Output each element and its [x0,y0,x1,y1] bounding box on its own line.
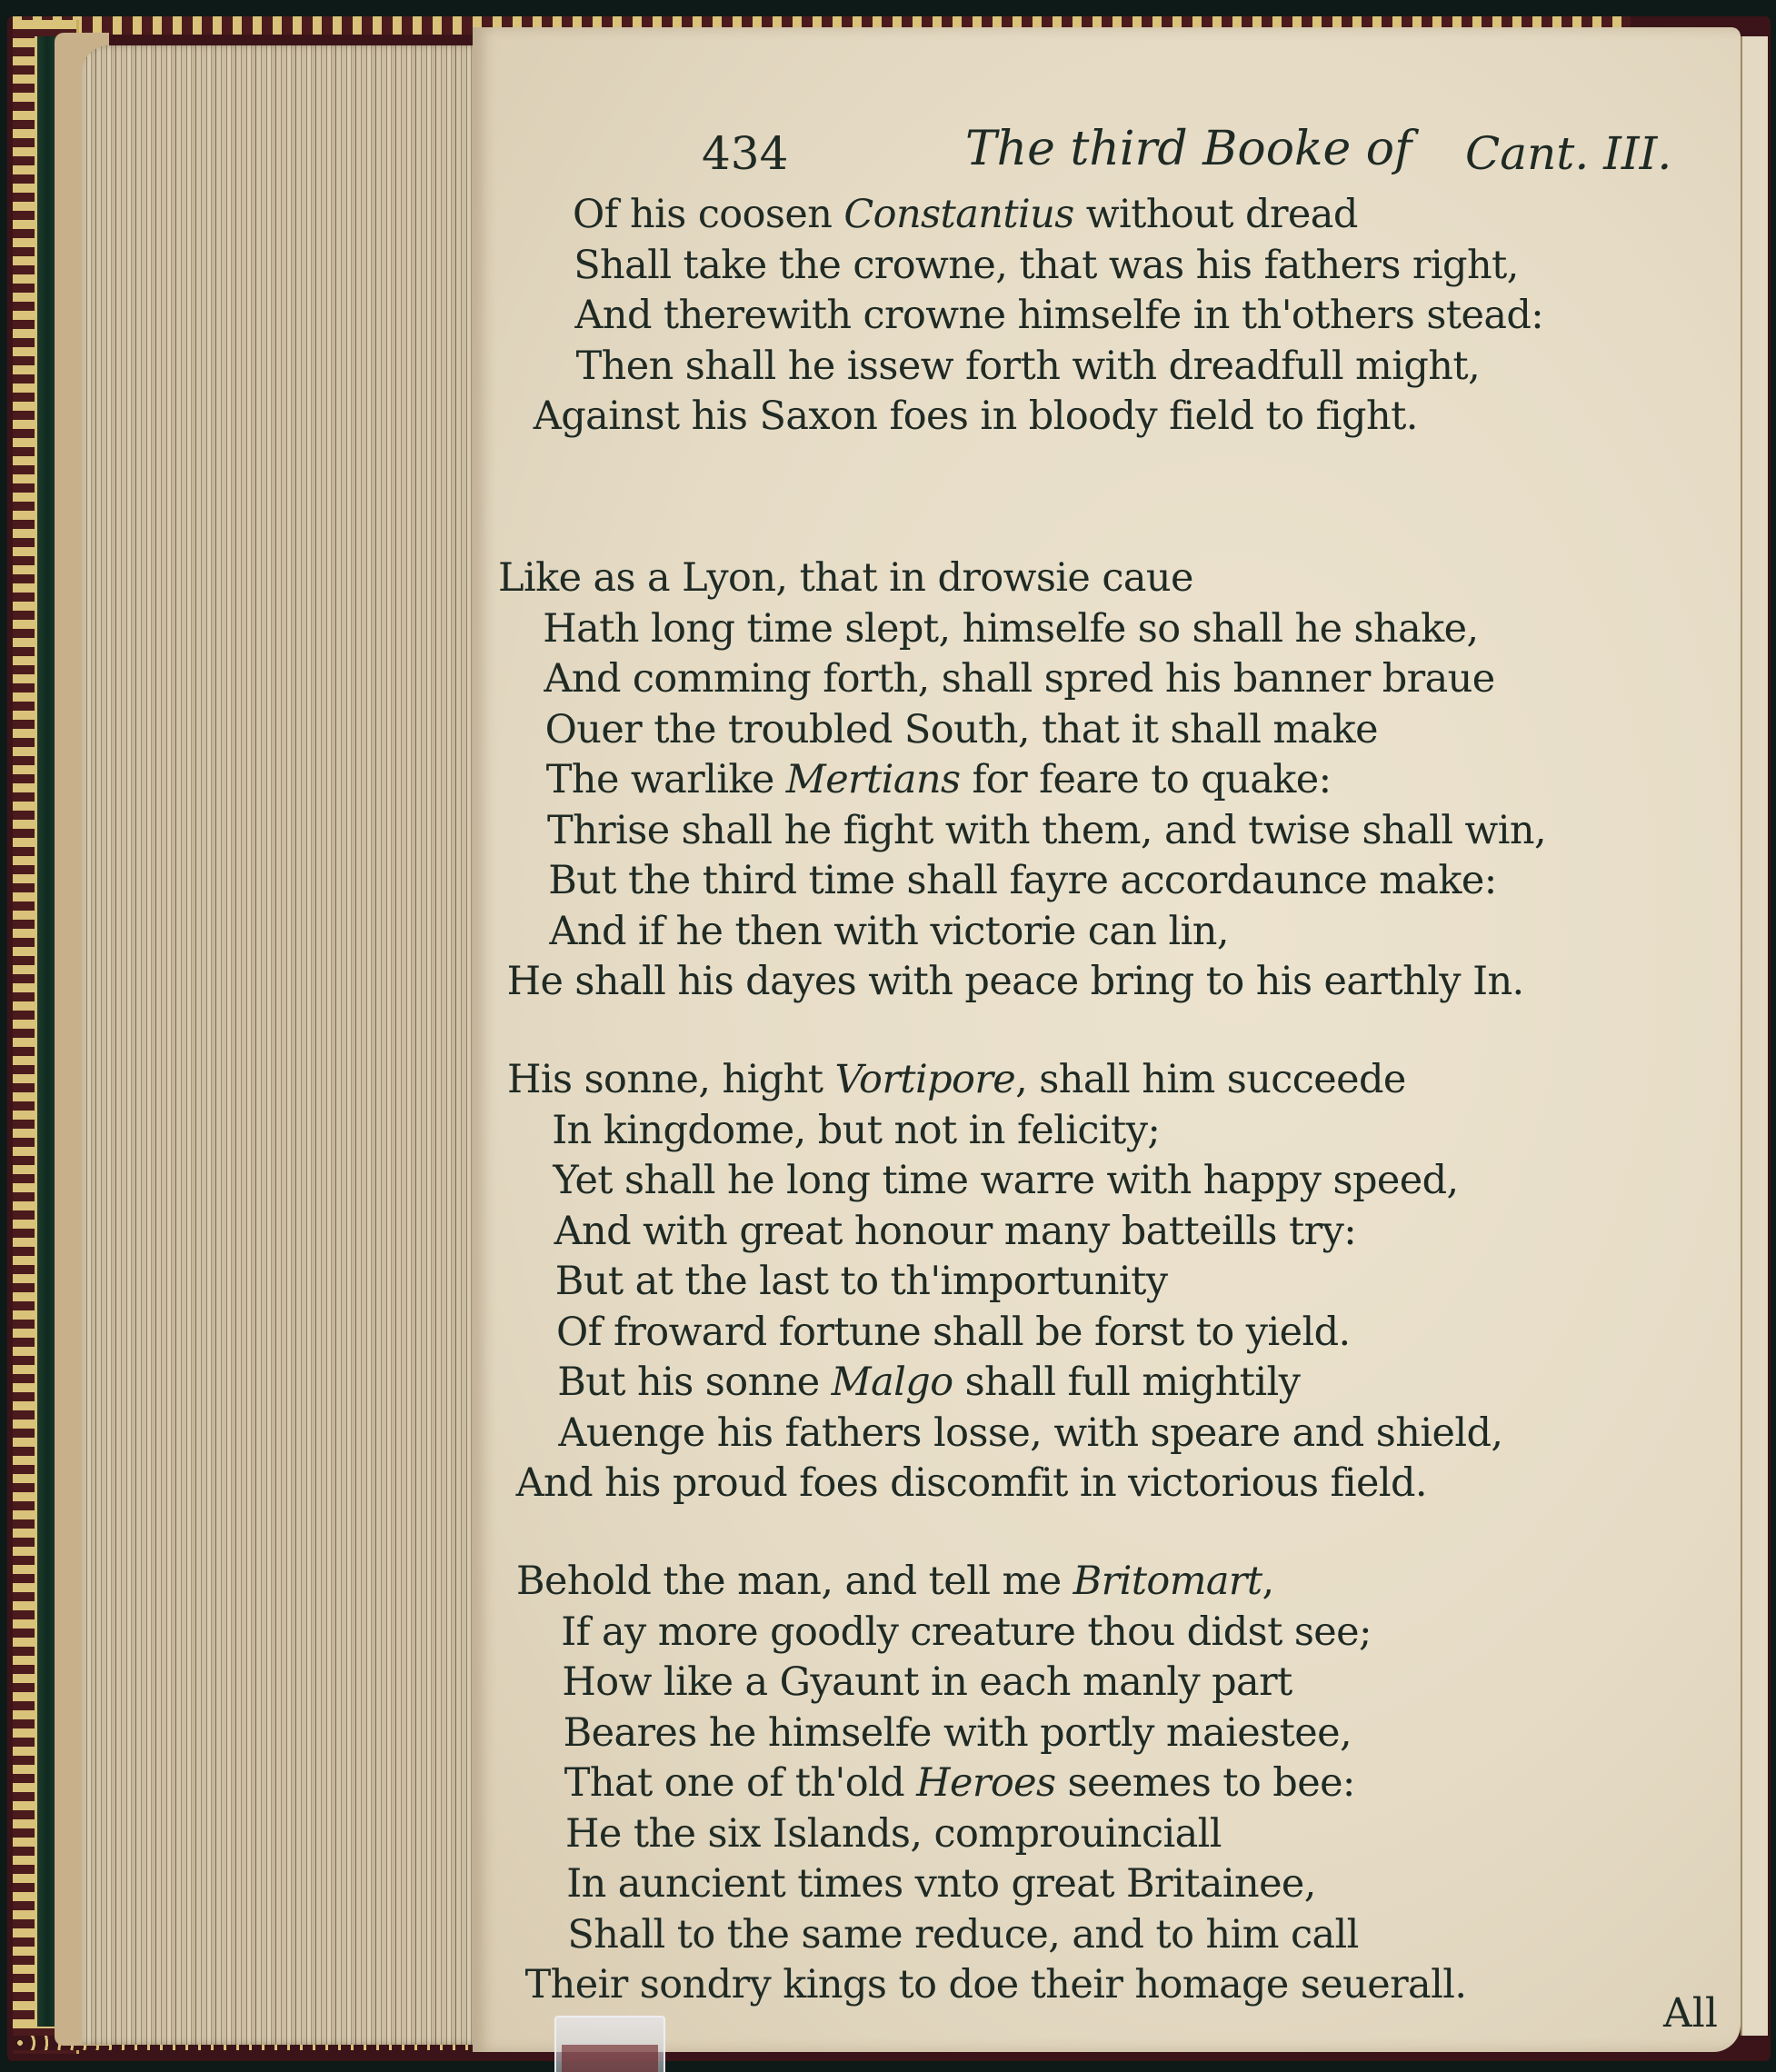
italic-name: Vortipore [835,1057,1016,1102]
verse-text: Hath long time slept, himselfe so shall … [543,606,1478,652]
verse-text: Of his coosen [573,192,843,237]
italic-name: Constantius [843,192,1073,237]
verse-text: Auenge his fathers losse, with speare an… [558,1410,1502,1456]
verse-text: Shall to the same reduce, and to him cal… [567,1912,1358,1957]
verse-text: Behold the man, and tell me [516,1559,1073,1604]
verse-text: without dread [1074,192,1358,237]
verse-line: Shall to the same reduce, and to him cal… [567,1909,1358,1960]
page-text: 434 The third Booke of Cant. III. Of his… [473,27,1741,2052]
verse-line: And his proud foes discomfit in victorio… [516,1458,1427,1509]
verse-text: Of froward fortune shall be forst to yie… [556,1310,1351,1355]
verse-text: But his sonne [557,1360,831,1405]
verse-line: And therewith crowne himselfe in th'othe… [574,290,1543,341]
verse-text: And therewith crowne himselfe in th'othe… [574,293,1543,338]
verse-text: And comming forth, shall spred his banne… [544,656,1494,702]
running-header: 434 The third Booke of Cant. III. [702,122,1720,185]
verse-text: Beares he himselfe with portly maiestee, [564,1710,1352,1756]
italic-name: Malgo [832,1360,953,1405]
catchword: All [1663,1990,1718,2037]
verse-text: He the six Islands, comprouinciall [565,1811,1222,1857]
verse-text: Their sondry kings to doe their homage s… [525,1962,1467,2007]
verse-text: Yet shall he long time warre with happy … [553,1158,1458,1203]
verse-line: Auenge his fathers losse, with speare an… [558,1408,1502,1459]
verse-text: He shall his dayes with peace bring to h… [507,959,1524,1004]
italic-name: Mertians [786,757,961,802]
verse-text: And if he then with victorie can lin, [549,909,1229,954]
verse-line: Thrise shall he fight with them, and twi… [547,805,1546,856]
adjacent-leaf-edge [1741,36,1768,2036]
verse-line: And comming forth, shall spred his banne… [544,653,1494,704]
verse-text: , [1262,1559,1274,1604]
running-title: The third Booke of [965,122,1412,176]
italic-name: Heroes [916,1760,1055,1806]
printed-page: 434 The third Booke of Cant. III. Of his… [473,27,1741,2052]
verse-text: , shall him succeede [1015,1057,1406,1102]
verse-line: Of his coosen Constantius without dread [573,189,1358,240]
verse-text: How like a Gyaunt in each manly part [562,1659,1292,1705]
verse-text: In auncient times vnto great Britainee, [566,1861,1316,1907]
verse-line: But the third time shall fayre accordaun… [548,855,1496,906]
verse-text: His sonne, hight [507,1057,835,1102]
verse-text: Against his Saxon foes in bloody field t… [534,393,1418,439]
verse-line: His sonne, hight Vortipore, shall him su… [507,1054,1406,1105]
verse-text: If ay more goodly creature thou didst se… [561,1609,1372,1655]
verse-line: Beares he himselfe with portly maiestee, [564,1708,1352,1758]
verse-text: But the third time shall fayre accordaun… [548,858,1496,903]
verse-line: He shall his dayes with peace bring to h… [507,956,1524,1007]
verse-text: Then shall he issew forth with dreadfull… [576,344,1481,389]
verse-text: seemes to bee: [1055,1760,1354,1806]
page-edge-stack [82,45,482,2045]
page-number: 434 [702,127,788,180]
verse-line: How like a Gyaunt in each manly part [562,1657,1292,1708]
verse-line: Their sondry kings to doe their homage s… [525,1959,1467,2010]
verse-line: Shall take the crowne, that was his fath… [574,240,1519,291]
verse-line: Against his Saxon foes in bloody field t… [534,391,1418,442]
verse-text: Ouer the troubled South, that it shall m… [545,707,1378,752]
verse-text: And with great honour many batteills try… [554,1209,1357,1254]
verse-text: Shall take the crowne, that was his fath… [574,243,1519,288]
verse-line: If ay more goodly creature thou didst se… [561,1607,1372,1658]
verse-line: Yet shall he long time warre with happy … [553,1155,1458,1206]
verse-text: for feare to quake: [960,757,1331,802]
page-tab-marker [554,2016,665,2072]
verse-line: That one of th'old Heroes seemes to bee: [564,1758,1355,1808]
verse-line: Like as a Lyon, that in drowsie caue [498,553,1193,603]
canto-label: Cant. III. [1465,127,1671,180]
verse-line: But his sonne Malgo shall full mightily [557,1357,1300,1408]
verse-line: And if he then with victorie can lin, [549,906,1229,957]
italic-name: Britomart [1073,1559,1262,1604]
verse-text: That one of th'old [564,1760,916,1806]
verse-line: In kingdome, but not in felicity; [552,1105,1160,1156]
verse-text: Thrise shall he fight with them, and twi… [547,808,1546,853]
verse-line: Ouer the troubled South, that it shall m… [545,704,1378,755]
verse-text: shall full mightily [953,1360,1301,1405]
verse-text: Like as a Lyon, that in drowsie caue [498,555,1193,601]
verse-line: Then shall he issew forth with dreadfull… [576,341,1481,392]
verse-line: The warlike Mertians for feare to quake: [546,754,1332,805]
verse-text: The warlike [546,757,786,802]
verse-text: In kingdome, but not in felicity; [552,1108,1160,1153]
verse-line: Of froward fortune shall be forst to yie… [556,1307,1351,1358]
verse-line: But at the last to th'importunity [555,1256,1168,1307]
verse-line: He the six Islands, comprouinciall [565,1808,1222,1859]
verse-line: In auncient times vnto great Britainee, [566,1858,1316,1909]
verse-text: But at the last to th'importunity [555,1259,1168,1304]
verse-line: Hath long time slept, himselfe so shall … [543,603,1478,654]
verse-line: And with great honour many batteills try… [554,1206,1357,1257]
verse-text: And his proud foes discomfit in victorio… [516,1460,1427,1506]
verse-line: Behold the man, and tell me Britomart, [516,1556,1274,1607]
